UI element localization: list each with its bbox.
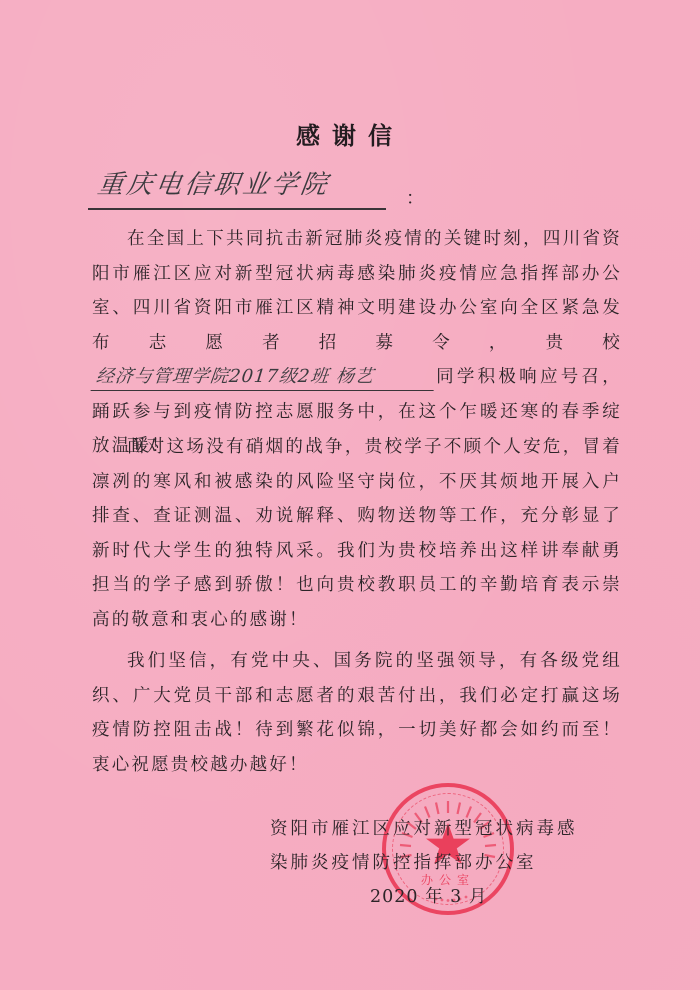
salutation-colon: ： [406, 184, 424, 210]
signature-block: 资阳市雁江区应对新型冠状病毒感 染肺炎疫情防控指挥部办公室 2020 年 3 月 [270, 812, 610, 914]
signature-line-2: 染肺炎疫情防控指挥部办公室 [270, 846, 610, 880]
paragraph-1-before: 在全国上下共同抗击新冠肺炎疫情的关键时刻，四川省资阳市雁江区应对新型冠状病毒感染… [92, 229, 622, 353]
recipient-handwritten: 重庆电信职业学院 [95, 164, 332, 201]
signature-date: 2020 年 3 月 [270, 880, 610, 914]
paragraph-3-text: 我们坚信，有党中央、国务院的坚强领导，有各级党组织、广大党员干部和志愿者的艰苦付… [92, 644, 622, 782]
paragraph-2-text: 面对这场没有硝烟的战争，贵校学子不顾个人安危，冒着凛冽的寒风和被感染的风险坚守岗… [92, 430, 622, 637]
paragraph-3: 我们坚信，有党中央、国务院的坚强领导，有各级党组织、广大党员干部和志愿者的艰苦付… [92, 644, 622, 782]
student-fill-in-handwritten: 经济与管理学院2017级2班 杨艺 [91, 364, 437, 391]
recipient-underline [88, 208, 386, 210]
salutation: 重庆电信职业学院 ： [88, 160, 388, 210]
signature-line-1: 资阳市雁江区应对新型冠状病毒感 [270, 812, 610, 846]
paragraph-1: 在全国上下共同抗击新冠肺炎疫情的关键时刻，四川省资阳市雁江区应对新型冠状病毒感染… [92, 222, 622, 464]
letter-title: 感谢信 [0, 116, 700, 151]
paragraph-2: 面对这场没有硝烟的战争，贵校学子不顾个人安危，冒着凛冽的寒风和被感染的风险坚守岗… [92, 430, 622, 637]
